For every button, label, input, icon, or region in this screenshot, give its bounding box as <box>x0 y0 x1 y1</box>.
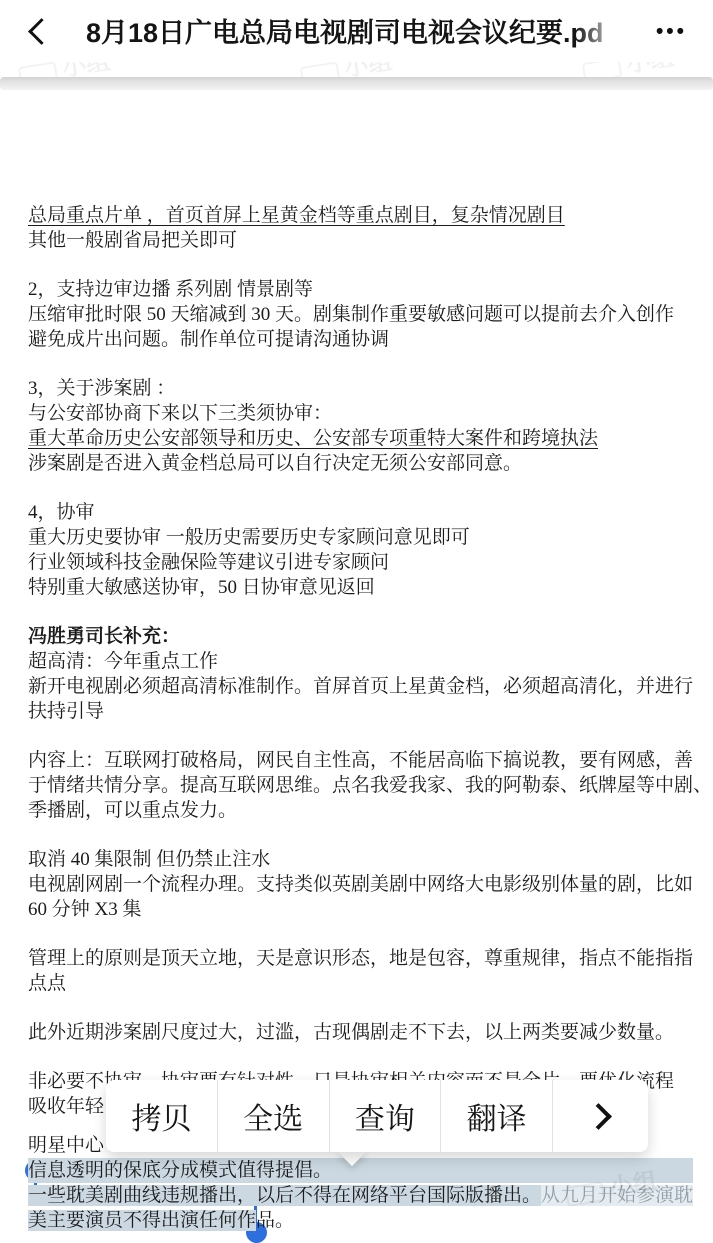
paragraph: 内容上：互联网打破格局，网民自主性高，不能居高临下搞说教，要有网感，善于情绪共情… <box>28 748 693 823</box>
select-all-button[interactable]: 全选 <box>217 1080 329 1152</box>
document-line: 超高清：今年重点工作 <box>28 649 693 674</box>
more-options-button[interactable]: ••• <box>627 16 687 48</box>
back-button[interactable] <box>24 17 54 47</box>
watermark-logo-icon <box>565 1181 606 1207</box>
document-line: 于情绪共情分享。提高互联网思维。点名我爱我家、我的阿勒泰、纸牌屋等中剧、 <box>28 773 693 798</box>
translate-button[interactable]: 翻译 <box>440 1080 552 1152</box>
paragraph: 总局重点片单 ，首页首屏上星黄金档等重点剧目，复杂情况剧目其他一般剧省局把关即可 <box>28 203 693 253</box>
document-line: 美主要演员不得出演任何作品。 <box>28 1208 693 1233</box>
document-line: 重大革命历史公安部领导和历史、公安部专项重特大案件和跨境执法 <box>28 426 693 451</box>
look-up-button[interactable]: 查询 <box>329 1080 441 1152</box>
paragraph: 此外近期涉案剧尺度过大，过滥，古现偶剧走不下去，以上两类要减少数量。 <box>28 1020 693 1045</box>
document-line: 涉案剧是否进入黄金档总局可以自行决定无须公安部同意。 <box>28 451 693 476</box>
document-line: 新开电视剧必须超高清标准制作。首屏首页上星黄金档，必须超高清化，并进行 <box>28 674 693 699</box>
document-line: 电视剧网剧一个流程办理。支持类似英剧美剧中网络大电影级别体量的剧，比如 <box>28 872 693 897</box>
document-body: 总局重点片单 ，首页首屏上星黄金档等重点剧目，复杂情况剧目其他一般剧省局把关即可… <box>28 0 693 1233</box>
document-line: 避免成片出问题。制作单位可提请沟通协调 <box>28 327 693 352</box>
nav-bar: 8月18日广电总局电视剧司电视会议纪要.pd ••• <box>0 0 713 62</box>
document-line: 压缩审批时限 50 天缩减到 30 天。剧集制作重要敏感问题可以提前去介入创作 <box>28 302 693 327</box>
document-line: 重大历史要协审 一般历史需要历史专家顾问意见即可 <box>28 525 693 550</box>
document-line: 管理上的原则是顶天立地，天是意识形态，地是包容，尊重规律，指点不能指指 <box>28 946 693 971</box>
paragraph: 2，支持边审边播 系列剧 情景剧等压缩审批时限 50 天缩减到 30 天。剧集制… <box>28 277 693 352</box>
selected-text: 一些耽美剧曲线违规播出，以后不得在网络平台国际版播出。 <box>28 1185 541 1206</box>
document-line: 特别重大敏感送协审，50 日协审意见返回 <box>28 575 693 600</box>
selected-text: 美主要演员不得出演任何作 <box>28 1210 256 1231</box>
paragraph: 4，协审重大历史要协审 一般历史需要历史专家顾问意见即可行业领域科技金融保险等建… <box>28 500 693 600</box>
chevron-right-icon <box>585 1103 612 1130</box>
chevron-left-icon <box>28 18 55 45</box>
document-line: 季播剧，可以重点发力。 <box>28 798 693 823</box>
paragraph: 冯胜勇司长补充：超高清：今年重点工作新开电视剧必须超高清标准制作。首屏首页上星黄… <box>28 624 693 724</box>
document-line: 点点 <box>28 971 693 996</box>
document-line: 行业领域科技金融保险等建议引进专家顾问 <box>28 550 693 575</box>
document-line: 3，关于涉案剧 ： <box>28 376 693 401</box>
paragraph: 管理上的原则是顶天立地，天是意识形态，地是包容，尊重规律，指点不能指指点点 <box>28 946 693 996</box>
page-title: 8月18日广电总局电视剧司电视会议纪要.pd <box>86 13 646 53</box>
document-line: 扶持引导 <box>28 699 693 724</box>
document-line: 60 分钟 X3 集 <box>28 897 693 922</box>
more-menu-actions-button[interactable] <box>552 1080 648 1152</box>
document-line: 与公安部协商下来以下三类须协审： <box>28 401 693 426</box>
plain-text: 品。 <box>256 1210 294 1231</box>
document-line: 其他一般剧省局把关即可 <box>28 228 693 253</box>
paragraph: 取消 40 集限制 但仍禁止注水电视剧网剧一个流程办理。支持类似英剧美剧中网络大… <box>28 847 693 922</box>
document-line: 2，支持边审边播 系列剧 情景剧等 <box>28 277 693 302</box>
copy-button[interactable]: 拷贝 <box>106 1080 217 1152</box>
paragraph: 3，关于涉案剧 ：与公安部协商下来以下三类须协审：重大革命历史公安部领导和历史、… <box>28 376 693 476</box>
document-line: 取消 40 集限制 但仍禁止注水 <box>28 847 693 872</box>
document-line: 总局重点片单 ，首页首屏上星黄金档等重点剧目，复杂情况剧目 <box>28 203 693 228</box>
document-viewer-screen: 小组 小组 小组 小组 总局重点片单 ，首页首屏上星黄金档等重点剧目，复杂情况剧… <box>0 0 713 1243</box>
document-line: 冯胜勇司长补充： <box>28 624 693 649</box>
document-line: 4，协审 <box>28 500 693 525</box>
document-line: 内容上：互联网打破格局，网民自主性高，不能居高临下搞说教，要有网感，善 <box>28 748 693 773</box>
document-line: 此外近期涉案剧尺度过大，过滥，古现偶剧走不下去，以上两类要减少数量。 <box>28 1020 693 1045</box>
text-selection-context-menu: 拷贝 全选 查询 翻译 <box>106 1080 648 1152</box>
